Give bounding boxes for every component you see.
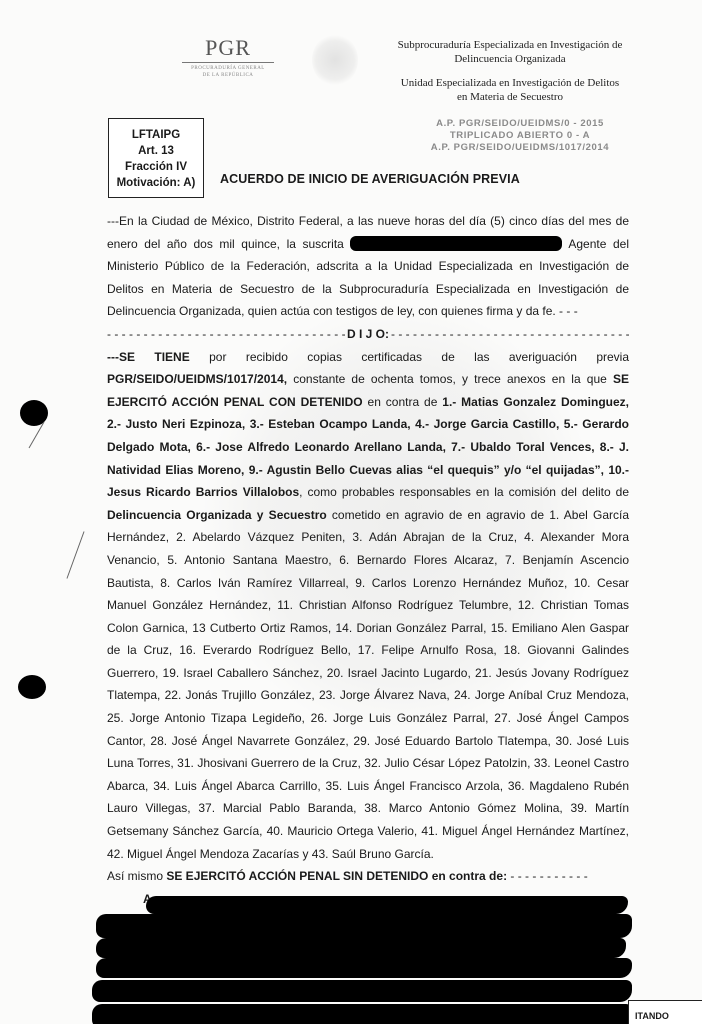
dijo-heading: D I J O: — [345, 323, 391, 346]
case-ref-2: TRIPLICADO ABIERTO 0 - A — [400, 130, 640, 142]
agency-line-1: Subprocuraduría Especializada en Investi… — [380, 38, 640, 52]
redaction-bar — [96, 958, 632, 978]
agency-line-2: Delincuencia Organizada — [380, 52, 640, 66]
bottom-box-text: ITANDO — [635, 1011, 669, 1021]
unit-line-2: en Materia de Secuestro — [380, 90, 640, 104]
classification-article: Art. 13 — [109, 143, 203, 159]
crime: Delincuencia Organizada y Secuestro — [107, 508, 327, 522]
pen-mark — [66, 531, 84, 578]
case-references: A.P. PGR/SEIDO/UEIDMS/0 - 2015 TRIPLICAD… — [400, 118, 640, 154]
classification-box: LFTAIPG Art. 13 Fracción IV Motivación: … — [108, 118, 204, 198]
redacted-name — [350, 236, 562, 251]
logo-mark: PGR — [178, 36, 278, 60]
detainees-list: 1.- Matias Gonzalez Dominguez, 2.- Justo… — [107, 395, 629, 499]
pgr-logo: PGR PROCURADURÍA GENERAL DE LA REPÚBLICA — [178, 36, 278, 79]
dijo-line: - - - - - - - - - - - - - - - - - - - - … — [107, 323, 629, 346]
received-text-b: constante de ochenta tomos, y trece anex… — [287, 372, 613, 386]
ink-blot — [18, 675, 46, 699]
paragraph-opening: ---En la Ciudad de México, Distrito Fede… — [107, 210, 629, 323]
classification-fraction: Fracción IV — [109, 159, 203, 175]
logo-subtitle-1: PROCURADURÍA GENERAL — [178, 65, 278, 72]
case-ref-1: A.P. PGR/SEIDO/UEIDMS/0 - 2015 — [400, 118, 640, 130]
case-number: PGR/SEIDO/UEIDMS/1017/2014, — [107, 372, 287, 386]
redaction-bar — [96, 938, 626, 958]
received-text-e: cometido en agravio de en agravio de — [327, 508, 550, 522]
redaction-bar — [92, 980, 632, 1002]
received-text-c: en contra de — [363, 395, 443, 409]
received-text-d: , como probables responsables en la comi… — [299, 485, 629, 499]
unit-line-1: Unidad Especializada en Investigación de… — [380, 76, 640, 90]
logo-rule — [182, 62, 274, 63]
action-without-detainee: SE EJERCITÓ ACCIÓN PENAL SIN DETENIDO en… — [166, 869, 507, 883]
document-title: ACUERDO DE INICIO DE AVERIGUACIÓN PREVIA — [220, 172, 520, 186]
classification-box-partial: ITANDO — [628, 1000, 702, 1024]
case-ref-3: A.P. PGR/SEIDO/UEIDMS/1017/2014 — [400, 142, 640, 154]
redaction-bar — [96, 914, 632, 938]
trailing-dashes: - - - - - - - - - - - — [507, 869, 588, 883]
redaction-bar — [92, 1004, 632, 1024]
logo-subtitle-2: DE LA REPÚBLICA — [178, 72, 278, 79]
agency-header: Subprocuraduría Especializada en Investi… — [380, 38, 640, 104]
redaction-bar — [146, 896, 628, 914]
paragraph-received: ---SE TIENE por recibido copias certific… — [107, 346, 629, 866]
national-seal-icon — [312, 34, 358, 86]
document-body: ---En la Ciudad de México, Distrito Fede… — [107, 210, 629, 910]
se-tiene: ---SE TIENE — [107, 350, 190, 364]
victims-list: 1. Abel García Hernández, 2. Abelardo Vá… — [107, 508, 629, 861]
received-text-a: por recibido copias certificadas de las … — [190, 350, 629, 364]
paragraph-without-detainee: Así mismo SE EJERCITÓ ACCIÓN PENAL SIN D… — [107, 865, 629, 888]
classification-law: LFTAIPG — [109, 127, 203, 143]
also-text: Así mismo — [107, 869, 166, 883]
classification-motivation: Motivación: A) — [109, 175, 203, 191]
